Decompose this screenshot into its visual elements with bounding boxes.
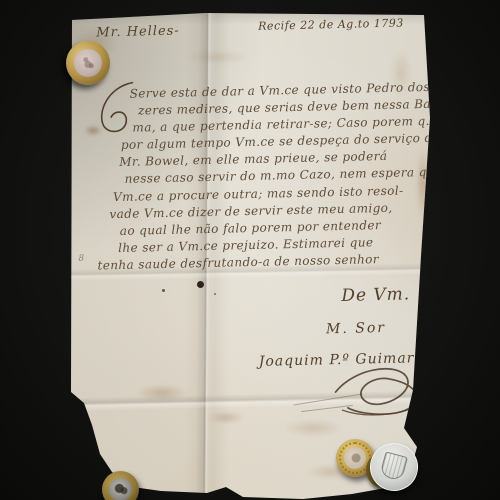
body-line: tenha saude desfrutando-a de nosso senho…	[97, 252, 379, 272]
dateline: Recife 22 de Ag.to 1793	[258, 16, 404, 32]
addressee-line: Mr. Helles-	[96, 24, 180, 41]
body-line: nesse caso servir do m.mo Cazo, nem espe…	[124, 165, 431, 186]
valediction: De Vm.	[341, 284, 410, 306]
closing-title: M. Sor	[326, 320, 386, 337]
auction-photo: Mr. Helles- Recife 22 de Ag.to 1793 Serv…	[0, 0, 500, 500]
coin-top-left-bimetallic	[66, 41, 110, 85]
coin-bottom-left-bimetallic	[102, 471, 139, 500]
signature-rubric-flourish	[327, 362, 432, 422]
body-line: lhe ser a Vm.ce prejuizo. Estimarei que	[118, 235, 374, 255]
marginal-note: 8	[78, 254, 84, 264]
body-line: por algum tempo Vm.ce se despeça do serv…	[121, 131, 441, 152]
